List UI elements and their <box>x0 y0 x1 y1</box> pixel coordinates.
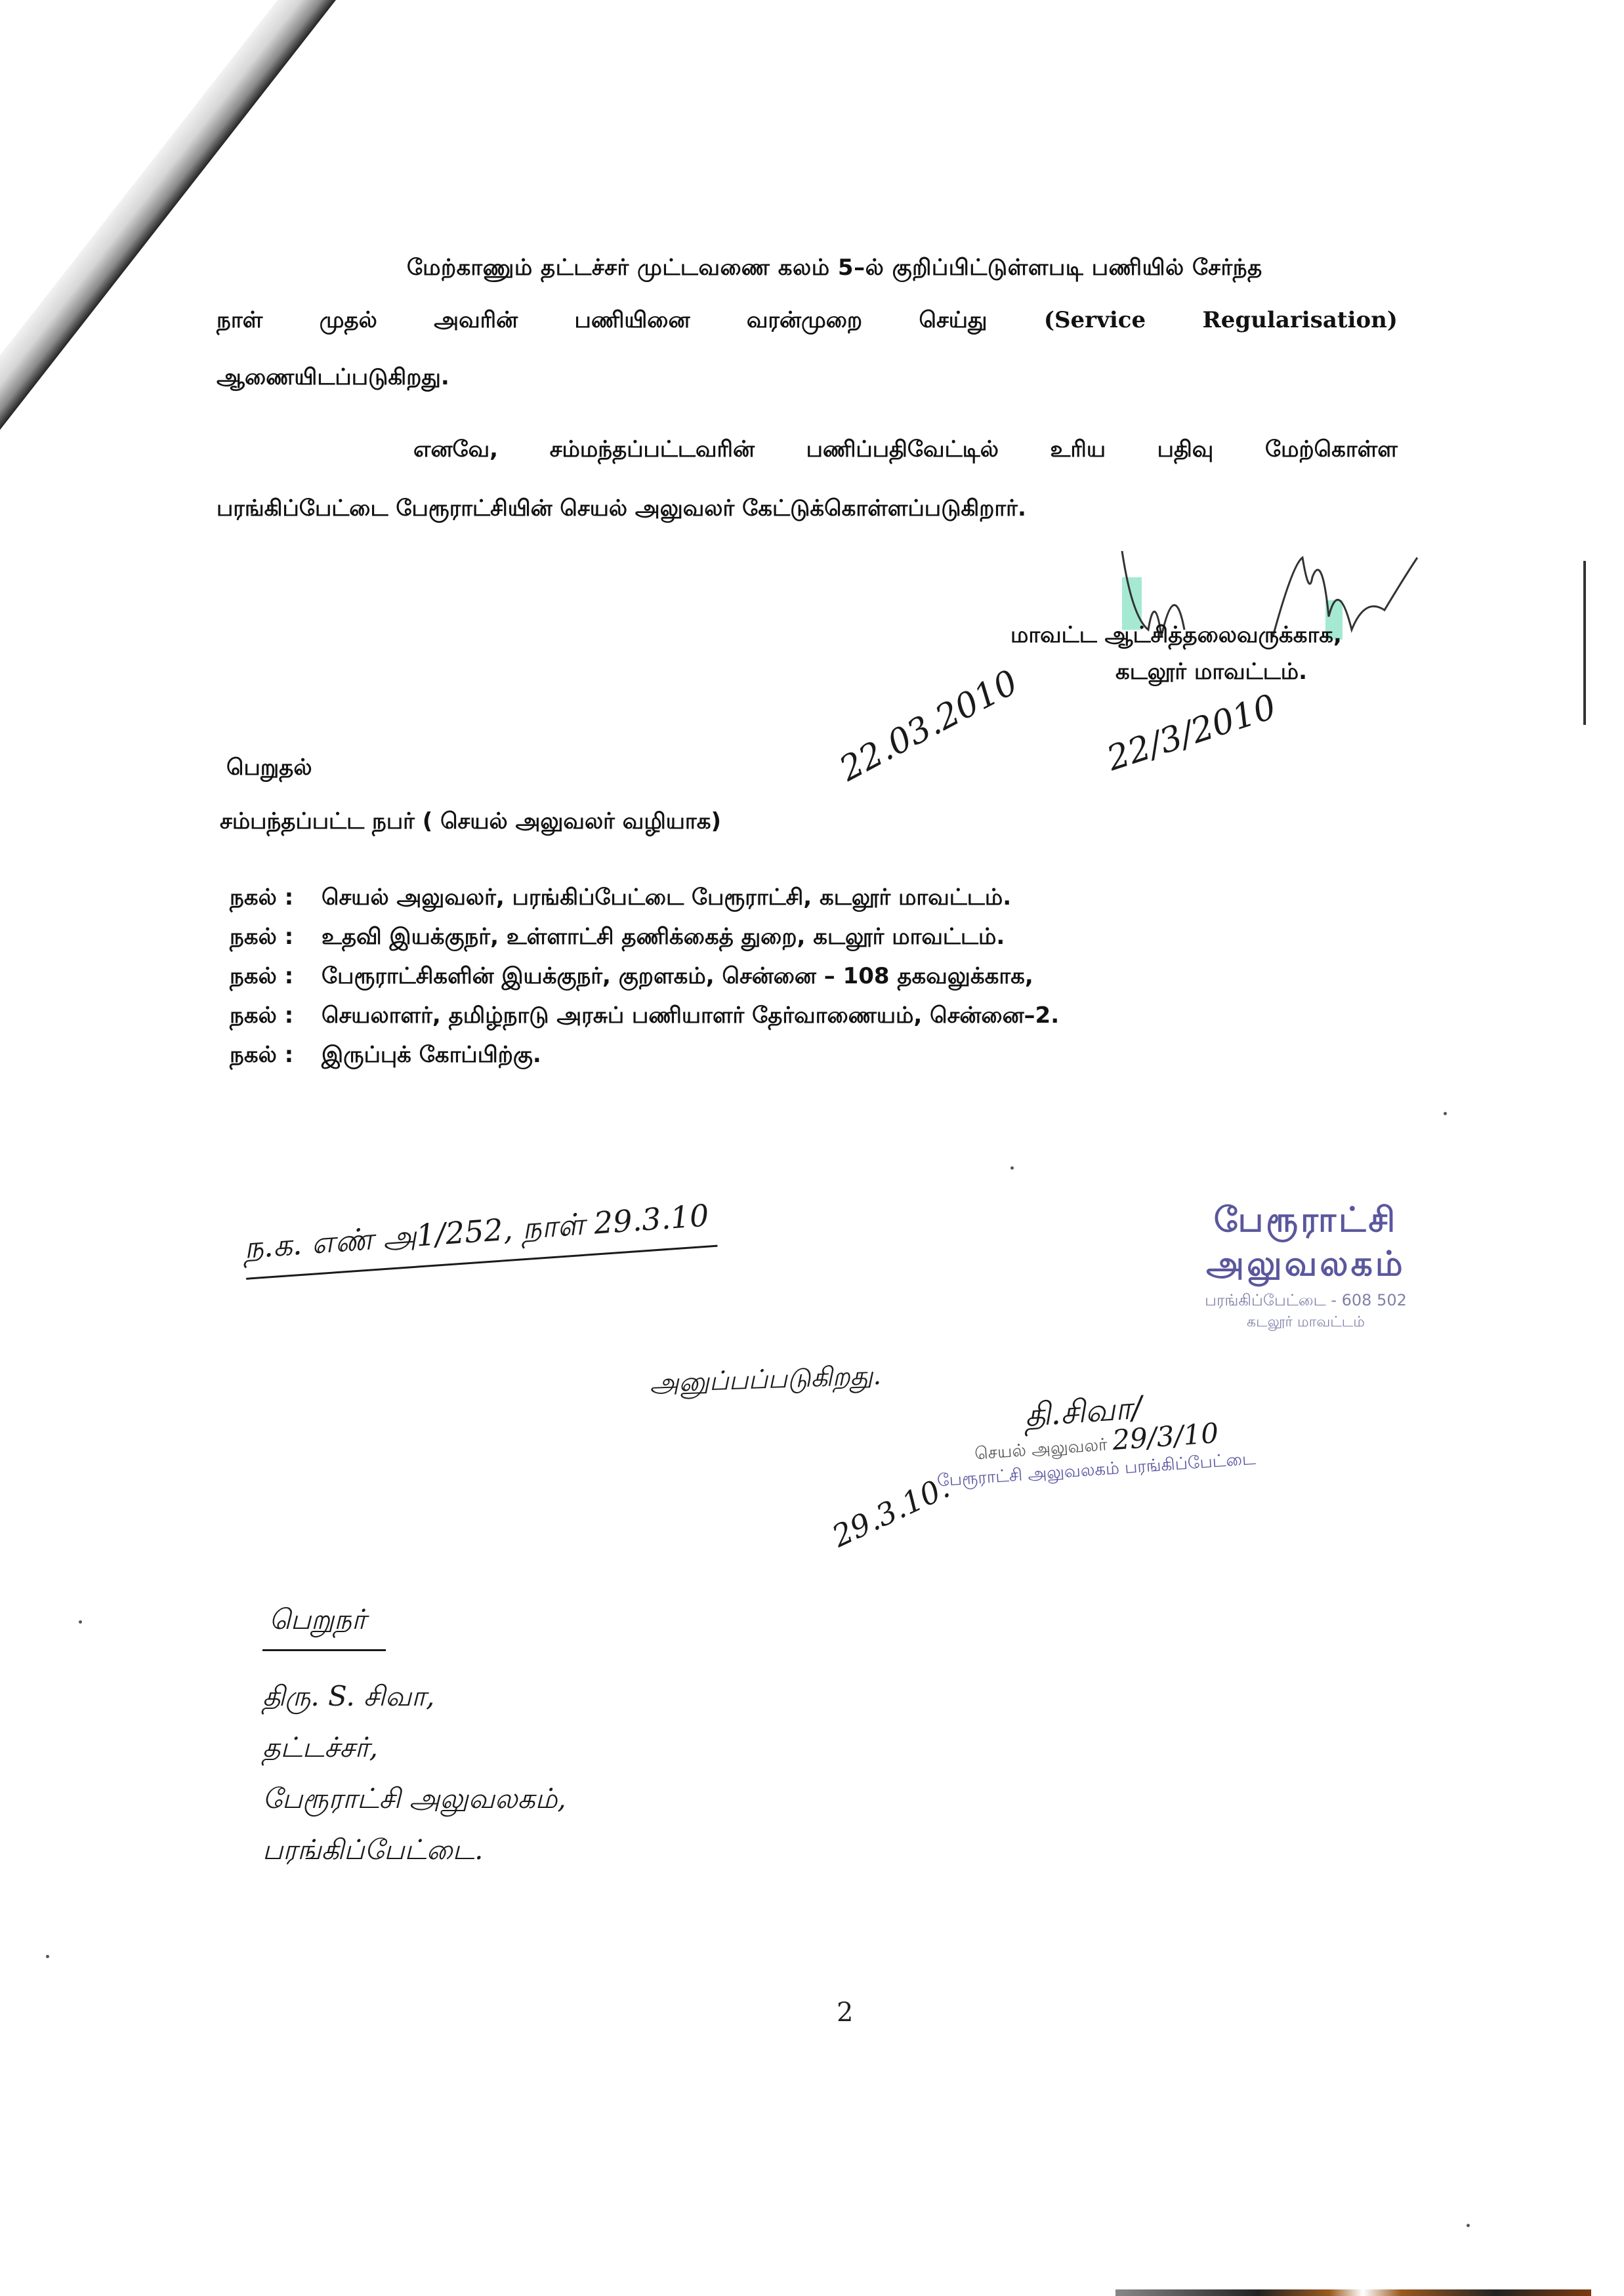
copy-item: நகல் :உதவி இயக்குநர், உள்ளாட்சி தணிக்கைத… <box>230 917 1059 956</box>
word: Regularisation) <box>1203 307 1398 336</box>
stamp-address: பரங்கிப்பேட்டை - 608 502 <box>1115 1291 1496 1311</box>
scan-speck <box>1010 1166 1014 1170</box>
copy-list: நகல் :செயல் அலுவலர், பரங்கிப்பேட்டை பேரூ… <box>230 878 1059 1075</box>
handwritten-reference: ந.க. எண் அ1/252, நாள் 29.3.10 <box>243 1197 718 1280</box>
handwritten-date-1: 22.03.2010 <box>833 663 1024 789</box>
word: எனவே, <box>413 436 498 465</box>
paragraph1-line3: ஆணையிடப்படுகிறது. <box>217 364 449 393</box>
copy-text: செயலாளர், தமிழ்நாடு அரசுப் பணியாளர் தேர்… <box>322 1002 1059 1029</box>
word: பணியினை <box>575 307 690 336</box>
addressee-line: பரங்கிப்பேட்டை. <box>262 1824 566 1876</box>
officer-date: 29/3/10 <box>1112 1417 1220 1456</box>
word: முதல் <box>320 307 377 336</box>
scan-speck <box>46 1955 49 1958</box>
copy-item: நகல் :செயலாளர், தமிழ்நாடு அரசுப் பணியாளர… <box>230 996 1059 1035</box>
recipient-label: பெறுதல் <box>226 754 312 783</box>
copy-text: பேரூராட்சிகளின் இயக்குநர், குறளகம், சென்… <box>322 963 1033 989</box>
page-number: 2 <box>837 1998 853 2028</box>
scan-speck <box>1467 2224 1470 2227</box>
handwritten-date-2: 22/3/2010 <box>1102 687 1281 779</box>
word: சம்மந்தப்பட்டவரின் <box>550 436 755 465</box>
copy-label: நகல் : <box>230 996 322 1035</box>
paragraph1-line1: மேற்காணும் தட்டச்சர் முட்டவணை கலம் 5–ல் … <box>407 255 1262 283</box>
scan-speck <box>1444 1112 1447 1115</box>
copy-label: நகல் : <box>230 1035 322 1075</box>
copy-label: நகல் : <box>230 956 322 996</box>
addressee-line: பேரூராட்சி அலுவலகம், <box>262 1773 566 1824</box>
word: உரிய <box>1051 436 1106 465</box>
word: நாள் <box>217 307 262 336</box>
word: பணிப்பதிவேட்டில் <box>806 436 999 465</box>
copy-text: உதவி இயக்குநர், உள்ளாட்சி தணிக்கைத் துறை… <box>322 924 1005 950</box>
addressee-line: தட்டச்சர், <box>262 1722 566 1773</box>
copy-item: நகல் :பேரூராட்சிகளின் இயக்குநர், குறளகம்… <box>230 956 1059 996</box>
paragraph1-line2: நாள் முதல் அவரின் பணியினை வரன்முறை செய்த… <box>217 307 1398 336</box>
word: (Service <box>1044 307 1146 336</box>
word: வரன்முறை <box>747 307 862 336</box>
scan-artifact-diagonal <box>0 0 344 464</box>
copy-item: நகல் :இருப்புக் கோப்பிற்கு. <box>230 1035 1059 1075</box>
copy-label: நகல் : <box>230 917 322 956</box>
stamp-district: கடலூர் மாவட்டம் <box>1115 1314 1496 1332</box>
scan-speck <box>79 1620 82 1624</box>
word: பதிவு <box>1157 436 1214 465</box>
scan-bottom-strip <box>1115 2289 1591 2296</box>
signature-designation: மாவட்ட ஆட்சித்தலைவருக்காக, <box>1010 622 1342 651</box>
signature-district: கடலூர் மாவட்டம். <box>1115 659 1307 687</box>
word: செய்து <box>919 307 988 336</box>
stamp-title: பேரூராட்சி அலுவலகம் <box>1115 1200 1496 1288</box>
addressee-block: பெறுநர் திரு. S. சிவா, தட்டச்சர், பேரூரா… <box>262 1594 566 1876</box>
copy-text: செயல் அலுவலர், பரங்கிப்பேட்டை பேரூராட்சி… <box>322 884 1011 911</box>
forward-note: அனுப்பப்படுகிறது. <box>649 1361 882 1402</box>
recipient-line: சம்பந்தப்பட்ட நபர் ( செயல் அலுவலர் வழியா… <box>220 808 721 837</box>
word: அவரின் <box>434 307 518 336</box>
initial-date: 29.3.10. <box>827 1469 955 1554</box>
officer-seal: தி.சிவா/ செயல் அலுவலர் 29/3/10 பேரூராட்ச… <box>932 1368 1449 1493</box>
addressee-heading: பெறுநர் <box>262 1594 386 1651</box>
word: மேற்கொள்ள <box>1265 436 1398 465</box>
copy-label: நகல் : <box>230 878 322 917</box>
copy-item: நகல் :செயல் அலுவலர், பரங்கிப்பேட்டை பேரூ… <box>230 878 1059 917</box>
paragraph2-line2: பரங்கிப்பேட்டை பேரூராட்சியின் செயல் அலுவ… <box>217 495 1026 524</box>
officer-title: செயல் அலுவலர் <box>974 1435 1108 1464</box>
paragraph2-line1: எனவே, சம்மந்தப்பட்டவரின் பணிப்பதிவேட்டில… <box>413 436 1398 465</box>
copy-text: இருப்புக் கோப்பிற்கு. <box>322 1042 541 1068</box>
office-stamp: பேரூராட்சி அலுவலகம் பரங்கிப்பேட்டை - 608… <box>1115 1200 1496 1332</box>
scan-edge-line <box>1583 561 1586 725</box>
addressee-line: திரு. S. சிவா, <box>262 1671 566 1722</box>
